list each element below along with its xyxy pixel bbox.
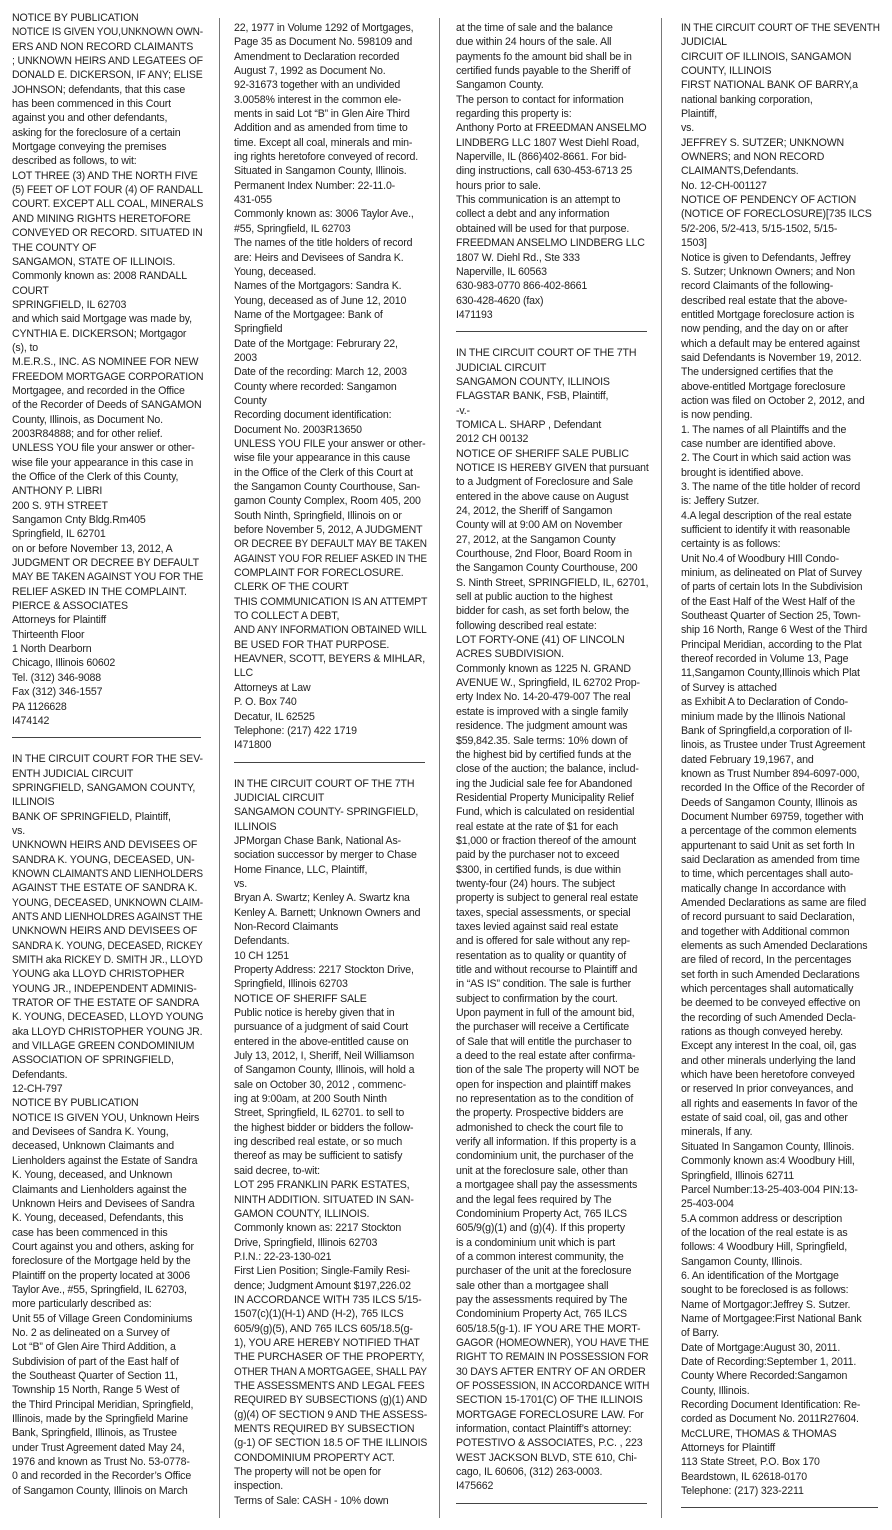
notice-text-line: P. O. Box 740: [234, 695, 427, 709]
notice-text-line: is now pending.: [681, 408, 880, 422]
notice-text-line: LOT THREE (3) AND THE NORTH FIVE: [12, 169, 203, 183]
notice-text-line: twenty-four (24) hours. The subject: [456, 877, 649, 891]
notice-text-line: THE ASSESSMENTS AND LEGAL FEES: [234, 1379, 427, 1393]
notice-text-line: which a default may be entered against: [681, 337, 880, 351]
notice-text-line: Name of Mortgagee:First National Bank: [681, 1312, 880, 1326]
notice-text-line: minium, as delineated on Plat of Survey: [681, 566, 880, 580]
notice-text-line: or reserved In prior conveyances, and: [681, 1082, 880, 1096]
notice-text-line: all rights and easements In favor of the: [681, 1097, 880, 1111]
notice-text-line: Bryan A. Swartz; Kenley A. Swartz kna: [234, 891, 427, 905]
notice-text-line: Decatur, IL 62525: [234, 710, 427, 724]
notice-text-line: Beardstown, IL 62618-0170: [681, 1470, 880, 1484]
notice-text-line: under Trust Agreement dated May 24,: [12, 1441, 203, 1455]
notice-text-line: certainty is as follows:: [681, 537, 880, 551]
notice-text-line: are filed of record, In the percentages: [681, 953, 880, 967]
notice-text-line: ILLINOIS: [234, 820, 427, 834]
notice-text-line: elements as such Amended Declarations: [681, 939, 880, 953]
notice-text-line: the recording of such Amended Decla-: [681, 1011, 880, 1025]
notice-text-line: Addition and as amended from time to: [234, 121, 427, 135]
notice-text-line: Permanent Index Number: 22-11.0-: [234, 179, 427, 193]
notice-text-line: MAY BE TAKEN AGAINST YOU FOR THE: [12, 570, 199, 584]
notice-text-line: of Sangamon County, Illinois on March: [12, 1484, 203, 1498]
notice-text-line: 12-CH-797: [12, 1082, 203, 1096]
notice-text-line: Kenley A. Barnett; Unknown Owners and: [234, 906, 427, 920]
notice-text-line: Drive, Springfield, Illinois 62703: [234, 1236, 427, 1250]
notice-text-line: Home Finance, LLC, Plaintiff,: [234, 863, 427, 877]
notice-text-line: M.E.R.S., INC. AS NOMINEE FOR NEW: [12, 355, 203, 369]
notice-text-line: Commonly known as: 2008 RANDALL: [12, 269, 203, 283]
notice-text-line: COUNTY, ILLINOIS: [681, 64, 880, 78]
notice-text-line: Tel. (312) 346-9088: [12, 671, 203, 685]
notice-text-line: ERS AND NON RECORD CLAIMANTS: [12, 40, 203, 54]
notice-text-line: RELIEF ASKED IN THE COMPLAINT.: [12, 585, 203, 599]
notice-text-line: SPRINGFIELD, IL 62703: [12, 298, 203, 312]
notice-text-line: no representation as to the condition of: [456, 1092, 649, 1106]
notice-text-line: wise file your appearance in this cause: [234, 451, 427, 465]
notice-text-line: 30 DAYS AFTER ENTRY OF AN ORDER: [456, 1365, 649, 1379]
notice-text-line: time. Except all coal, minerals and min-: [234, 136, 427, 150]
notice-text-line: Document Number 69759, together with: [681, 810, 880, 824]
notice-text-line: FLAGSTAR BANK, FSB, Plaintiff,: [456, 389, 649, 403]
notice-text-line: YOUNG, DECEASED, UNKNOWN CLAIM-: [12, 896, 195, 910]
notice-text-line: County, Illinois.: [681, 1384, 880, 1398]
notice-text-line: set forth in such Amended Declarations: [681, 968, 880, 982]
notice-text-line: FREEDMAN ANSELMO LINDBERG LLC: [456, 236, 649, 250]
notice-text-line: Residential Property Municipality Relief: [456, 791, 649, 805]
notice-text-line: the Southeast Quarter of Section 11,: [12, 1369, 203, 1383]
notice-text-line: of parts of certain lots In the Subdivis…: [681, 580, 880, 594]
notice-text-line: ing described real estate, or so much: [234, 1135, 427, 1149]
notice-text-line: vs.: [12, 824, 203, 838]
notice-text-line: pay the assessments required by The: [456, 1293, 649, 1307]
notice-text-line: South Ninth, Springfield, Illinois on or: [234, 509, 427, 523]
notice-text-line: has been commenced in this Court: [12, 97, 203, 111]
notice-text-line: No. 12-CH-001127: [681, 179, 880, 193]
notice-text-line: THE PURCHASER OF THE PROPERTY,: [234, 1350, 427, 1364]
notice-text-line: Taylor Ave., #55, Springfield, IL 62703,: [12, 1283, 203, 1297]
notice-text-line: S. Ninth Street, SPRINGFIELD, IL, 62701,: [456, 576, 649, 590]
notice-text-line: 10 CH 1251: [234, 949, 427, 963]
notice-text-line: Telephone: (217) 422 1719: [234, 724, 427, 738]
notice-text-line: matically change In accordance with: [681, 882, 880, 896]
notice-separator-rule: [234, 762, 425, 763]
notice-text-line: resentation as to quality or quantity of: [456, 949, 649, 963]
notice-text-line: I475662: [456, 1479, 649, 1493]
notice-text-line: the Office of the Clerk of this County,: [12, 470, 203, 484]
notice-text-line: Naperville, IL (866)402-8661. For bid-: [456, 150, 649, 164]
notice-text-line: to a Judgment of Foreclosure and Sale: [456, 475, 649, 489]
notice-text-line: (g-1) OF SECTION 18.5 OF THE ILLINOIS: [234, 1436, 424, 1450]
notice-text-line: action was filed on October 2, 2012, and: [681, 394, 880, 408]
notice-text-line: Illinois, made by the Springfield Marine: [12, 1412, 203, 1426]
notice-text-line: entitled Mortgage foreclosure action is: [681, 308, 880, 322]
notice-text-line: and together with Additional common: [681, 925, 880, 939]
notice-text-line: thereof recorded in Volume 13, Page: [681, 652, 880, 666]
notice-text-line: OTHER THAN A MORTGAGEE, SHALL PAY: [234, 1365, 415, 1379]
notice-text-line: and VILLAGE GREEN CONDOMINIUM: [12, 1039, 203, 1053]
notice-text-line: NOTICE OF SHERIFF SALE PUBLIC: [456, 447, 649, 461]
notice-text-line: AND MINING RIGHTS HERETOFORE: [12, 212, 203, 226]
notice-text-line: taxes, special assessments, or special: [456, 906, 649, 920]
notice-text-line: TOMICA L. SHARP , Defendant: [456, 418, 649, 432]
notice-text-line: SANGAMON COUNTY- SPRINGFIELD,: [234, 805, 427, 819]
notice-text-line: 1507(c)(1)(H-1) AND (H-2), 765 ILCS: [234, 1307, 427, 1321]
notice-text-line: open for inspection and plaintiff makes: [456, 1078, 649, 1092]
notice-text-line: 1807 W. Diehl Rd., Ste 333: [456, 251, 649, 265]
notice-text-line: described real estate that the above-: [681, 294, 880, 308]
notice-text-line: sought to be foreclosed is as follows:: [681, 1283, 880, 1297]
notice-text-line: POTESTIVO & ASSOCIATES, P.C. , 223: [456, 1436, 649, 1450]
notice-text-line: BANK OF SPRINGFIELD, Plaintiff,: [12, 810, 203, 824]
notice-text-line: of the East Half of the West Half of the: [681, 595, 880, 609]
notice-text-line: NOTICE OF SHERIFF SALE: [234, 992, 427, 1006]
notice-text-line: payments fo the amount bid shall be in: [456, 50, 649, 64]
notice-text-line: known as Trust Number 894-6097-000,: [681, 767, 880, 781]
notice-text-line: pursuance of a judgment of said Court: [234, 1020, 427, 1034]
notice-text-line: subject to confirmation by the court.: [456, 992, 649, 1006]
notice-text-line: Unit 55 of Village Green Condominiums: [12, 1312, 203, 1326]
notice-text-line: in the Office of the Clerk of this Court…: [234, 466, 427, 480]
notice-text-line: $1,000 or fraction thereof of the amount: [456, 834, 649, 848]
notice-text-line: minerals, If any.: [681, 1125, 880, 1139]
notice-text-line: County Where Recorded:Sangamon: [681, 1369, 880, 1383]
notice-text-line: the highest bid by certified funds at th…: [456, 748, 649, 762]
notice-text-line: COURT. EXCEPT ALL COAL, MINERALS: [12, 197, 202, 211]
notice-text-line: 5/2-206, 5/2-413, 5/15-1502, 5/15-: [681, 222, 880, 236]
notice-text-line: Unit No.4 of Woodbury HIll Condo-: [681, 552, 880, 566]
notice-text-line: Telephone: (217) 323-2211: [681, 1484, 880, 1498]
notice-text-line: Terms of Sale: CASH - 10% down: [234, 1494, 427, 1508]
notice-text-line: 605/9(g)(1) and (g)(4). If this property: [456, 1221, 649, 1235]
notice-text-line: The person to contact for information: [456, 93, 649, 107]
notice-text-line: Notice is given to Defendants, Jeffrey: [681, 251, 880, 265]
notice-text-line: sale on October 30, 2012 , commenc-: [234, 1078, 427, 1092]
notice-text-line: entered in the above cause on August: [456, 490, 649, 504]
notice-text-line: national banking corporation,: [681, 93, 880, 107]
notice-text-line: admonished to check the court file to: [456, 1121, 649, 1135]
notice-text-line: Defendants.: [234, 934, 427, 948]
notice-text-line: 113 State Street, P.O. Box 170: [681, 1455, 880, 1469]
notice-text-line: Lot “B” of Glen Aire Third Addition, a: [12, 1340, 203, 1354]
notice-text-line: JPMorgan Chase Bank, National As-: [234, 834, 427, 848]
notice-text-line: P.I.N.: 22-23-130-021: [234, 1250, 427, 1264]
notice-text-line: Township 15 North, Range 5 West of: [12, 1383, 203, 1397]
notice-text-line: K. Young, deceased, Defendants, this: [12, 1211, 203, 1225]
notice-text-line: S. Sutzer; Unknown Owners; and Non: [681, 265, 880, 279]
notice-text-line: collect a debt and any information: [456, 207, 649, 221]
notice-text-line: Young, deceased.: [234, 265, 427, 279]
notice-text-line: 2003R84888; and for other relief.: [12, 427, 203, 441]
notice-text-line: Street, Springfield, IL 62701. to sell t…: [234, 1106, 427, 1120]
notice-text-line: PIERCE & ASSOCIATES: [12, 599, 203, 613]
notice-text-line: of the location of the real estate is as: [681, 1226, 880, 1240]
notice-text-line: 4.A legal description of the real estate: [681, 509, 880, 523]
notice-text-line: CYNTHIA E. DICKERSON; Mortgagor: [12, 327, 203, 341]
notice-text-line: Date of Recording:September 1, 2011.: [681, 1355, 880, 1369]
notice-text-line: Commonly known as: 3006 Taylor Ave.,: [234, 207, 427, 221]
notice-text-line: information, contact Plaintiff’s attorne…: [456, 1422, 649, 1436]
notice-text-line: verify all information. If this property…: [456, 1135, 649, 1149]
notice-text-line: IN THE CIRCUIT COURT OF THE 7TH: [234, 777, 427, 791]
notice-text-line: Sangamon County, Illinois.: [681, 1255, 880, 1269]
notice-text-line: First Lien Position; Single-Family Resi-: [234, 1264, 427, 1278]
legal-notices-page: NOTICE BY PUBLICATIONNOTICE IS GIVEN YOU…: [0, 0, 892, 1530]
notice-text-line: dence; Judgment Amount $197,226.02: [234, 1279, 427, 1293]
notice-text-line: OR DECREE BY DEFAULT MAY BE TAKEN: [234, 537, 417, 551]
notice-text-line: McCLURE, THOMAS & THOMAS: [681, 1427, 880, 1441]
notice-text-line: sell at public auction to the highest: [456, 590, 649, 604]
notice-text-line: BE USED FOR THAT PURPOSE.: [234, 638, 427, 652]
notice-text-line: Springfield, Illinois 62703: [234, 977, 427, 991]
notice-text-line: July 13, 2012, I, Sheriff, Neil Williams…: [234, 1049, 427, 1063]
notice-text-line: 92-31673 together with an undivided: [234, 78, 427, 92]
notice-text-line: deceased, Unknown Claimants and: [12, 1139, 203, 1153]
notice-separator-rule: [456, 1503, 647, 1504]
notice-text-line: Deeds of Sangamon County, Illinois as: [681, 796, 880, 810]
notice-text-line: Plaintiff,: [681, 107, 880, 121]
notice-text-line: of a common interest community, the: [456, 1250, 649, 1264]
notice-text-line: County where recorded: Sangamon: [234, 380, 427, 394]
notice-text-line: Document No. 2003R13650: [234, 423, 427, 437]
notice-text-line: 605/18.5(g-1). IF YOU ARE THE MORT-: [456, 1322, 649, 1336]
notice-text-line: foreclosure of the Mortgage held by the: [12, 1254, 203, 1268]
notice-text-line: WEST JACKSON BLVD, STE 610, Chi-: [456, 1451, 649, 1465]
notice-text-line: real estate at the rate of $1 for each: [456, 820, 649, 834]
notice-text-line: GAMON COUNTY, ILLINOIS.: [234, 1207, 427, 1221]
notice-text-line: Attorneys for Plaintiff: [12, 613, 203, 627]
notice-text-line: brought is identified above.: [681, 466, 880, 480]
notice-text-line: 6. An identification of the Mortgage: [681, 1269, 880, 1283]
notice-text-line: MENTS REQUIRED BY SUBSECTION: [234, 1422, 427, 1436]
notice-text-line: erty Index No. 14-20-479-007 The real: [456, 690, 649, 704]
notice-text-line: Attorneys at Law: [234, 681, 427, 695]
notice-text-line: dated February 19,1967, and: [681, 753, 880, 767]
notice-text-line: Defendants.: [12, 1068, 203, 1082]
notice-text-line: a mortgagee shall pay the assessments: [456, 1178, 649, 1192]
notice-text-line: of record pursuant to said Declaration,: [681, 910, 880, 924]
notice-text-line: Claimants and Lienholders against the: [12, 1183, 203, 1197]
notice-text-line: record Claimants of the following-: [681, 279, 880, 293]
notice-text-line: Springfield, Illinois 62711: [681, 1169, 880, 1183]
notice-text-line: on or before November 13, 2012, A: [12, 542, 203, 556]
notice-text-line: Recording Document Identification: Re-: [681, 1398, 880, 1412]
notice-text-line: which percentages shall automatically: [681, 982, 880, 996]
notice-text-line: Sangamon Cnty Bldg.Rm405: [12, 513, 203, 527]
notice-text-line: Fund, which is calculated on residential: [456, 805, 649, 819]
notice-text-line: K. Young, deceased, and Unknown: [12, 1168, 203, 1182]
notice-text-line: 3. The name of the title holder of recor…: [681, 480, 880, 494]
notice-text-line: SANDRA K. YOUNG, DECEASED, UN-: [12, 853, 203, 867]
notice-text-line: ments in said Lot “B” in Glen Aire Third: [234, 107, 427, 121]
notice-text-line: Fax (312) 346-1557: [12, 685, 203, 699]
notice-text-line: Thirteenth Floor: [12, 628, 203, 642]
notice-text-line: Date of the recording: March 12, 2003: [234, 365, 427, 379]
notice-text-line: corded as Document No. 2011R27604.: [681, 1412, 880, 1426]
notice-text-line: UNKNOWN HEIRS AND DEVISEES OF: [12, 924, 203, 938]
notice-text-line: Property Address: 2217 Stockton Drive,: [234, 963, 427, 977]
notice-text-line: Bank, Springfield, Illinois, as Trustee: [12, 1426, 203, 1440]
notice-text-line: be deemed to be conveyed effective on: [681, 996, 880, 1010]
notice-text-line: RIGHT TO REMAIN IN POSSESSION FOR: [456, 1350, 641, 1364]
notice-text-line: Names of the Mortgagors: Sandra K.: [234, 279, 427, 293]
notice-text-line: The names of the title holders of record: [234, 236, 427, 250]
notice-text-line: 0 and recorded in the Recorder’s Office: [12, 1469, 203, 1483]
notice-text-line: Young, deceased as of June 12, 2010: [234, 294, 427, 308]
notice-text-line: said Defendants is November 19, 2012.: [681, 351, 880, 365]
notice-text-line: 25-403-004: [681, 1197, 880, 1211]
notice-text-line: to time, which percentages shall auto-: [681, 867, 880, 881]
column-1: NOTICE BY PUBLICATIONNOTICE IS GIVEN YOU…: [0, 0, 219, 1530]
notice-text-line: Date of Mortgage:August 30, 2011.: [681, 1341, 880, 1355]
notice-text-line: recorded In the Office of the Recorder o…: [681, 781, 880, 795]
notice-text-line: described as follows, to wit:: [12, 154, 203, 168]
notice-text-line: #55, Springfield, IL 62703: [234, 222, 427, 236]
notice-text-line: THE COUNTY OF: [12, 241, 203, 255]
notice-text-line: K. YOUNG, DECEASED, LLOYD YOUNG: [12, 1010, 201, 1024]
legal-notice: IN THE CIRCUIT COURT OF THE 7THJUDICIAL …: [234, 777, 427, 1509]
notice-text-line: IN THE CIRCUIT COURT FOR THE SEV-: [12, 752, 202, 766]
notice-separator-rule: [456, 331, 647, 332]
notice-text-line: Courthouse, 2nd Floor, Board Room in: [456, 547, 649, 561]
notice-text-line: 2012 CH 00132: [456, 432, 649, 446]
notice-text-line: Chicago, Illinois 60602: [12, 656, 203, 670]
notice-text-line: August 7, 1992 as Document No.: [234, 64, 427, 78]
notice-text-line: Lienholders against the Estate of Sandra: [12, 1154, 203, 1168]
notice-text-line: JUDICIAL: [681, 35, 880, 49]
notice-text-line: NOTICE BY PUBLICATION: [12, 11, 203, 25]
notice-text-line: The undersigned certifies that the: [681, 365, 880, 379]
notice-text-line: THIS COMMUNICATION IS AN ATTEMPT: [234, 595, 426, 609]
column-3: at the time of sale and the balancedue w…: [439, 18, 661, 1518]
notice-text-line: MORTGAGE FORECLOSURE LAW. For: [456, 1408, 649, 1422]
legal-notice: IN THE CIRCUIT COURT OF THE SEVENTHJUDIC…: [681, 21, 880, 1498]
notice-text-line: KNOWN CLAIMANTS AND LIENHOLDERS: [12, 867, 193, 881]
notice-text-line: as Exhibit A to Declaration of Condo-: [681, 695, 880, 709]
notice-text-line: Naperville, IL 60563: [456, 265, 649, 279]
notice-text-line: ENTH JUDICIAL CIRCUIT: [12, 767, 203, 781]
notice-text-line: Non-Record Claimants: [234, 920, 427, 934]
notice-text-line: ding instructions, call 630-453-6713 25: [456, 164, 649, 178]
notice-text-line: 5.A common address or description: [681, 1212, 880, 1226]
notice-text-line: a percentage of the common elements: [681, 824, 880, 838]
notice-text-line: paid by the purchaser not to exceed: [456, 848, 649, 862]
notice-text-line: vs.: [234, 877, 427, 891]
notice-text-line: estate of said coal, oil, gas and other: [681, 1111, 880, 1125]
notice-text-line: 2. The Court in which said action was: [681, 451, 880, 465]
notice-text-line: County: [234, 394, 427, 408]
notice-text-line: Commonly known as: 2217 Stockton: [234, 1221, 427, 1235]
notice-text-line: due within 24 hours of the sale. All: [456, 35, 649, 49]
notice-text-line: rations as though conveyed hereby.: [681, 1025, 880, 1039]
notice-text-line: CIRCUIT OF ILLINOIS, SANGAMON: [681, 50, 880, 64]
notice-text-line: Recording document identification:: [234, 408, 427, 422]
notice-text-line: 22, 1977 in Volume 1292 of Mortgages,: [234, 21, 427, 35]
notice-text-line: Except any interest In the coal, oil, ga…: [681, 1039, 880, 1053]
notice-text-line: Sangamon County.: [456, 78, 649, 92]
notice-text-line: NOTICE IS GIVEN YOU,UNKNOWN OWN-: [12, 25, 193, 39]
notice-text-line: No. 2 as delineated on a Survey of: [12, 1326, 203, 1340]
notice-text-line: Amendment to Declaration recorded: [234, 50, 427, 64]
notice-text-line: estate is improved with a single family: [456, 705, 649, 719]
notice-text-line: County will at 9:00 AM on November: [456, 518, 649, 532]
notice-text-line: The property will not be open for: [234, 1465, 427, 1479]
notice-text-line: which have been heretofore conveyed: [681, 1068, 880, 1082]
notice-text-line: sociation successor by merger to Chase: [234, 848, 427, 862]
notice-text-line: Mortgagee, and recorded in the Office: [12, 384, 203, 398]
notice-text-line: of Sale that will entitle the purchaser …: [456, 1035, 649, 1049]
notice-text-line: ANTHONY P. LIBRI: [12, 484, 203, 498]
notice-text-line: and Devisees of Sandra K. Young,: [12, 1125, 203, 1139]
notice-text-line: SPRINGFIELD, SANGAMON COUNTY,: [12, 781, 203, 795]
notice-text-line: inspection.: [234, 1479, 427, 1493]
notice-text-line: 1), YOU ARE HEREBY NOTIFIED THAT: [234, 1336, 427, 1350]
notice-text-line: LOT FORTY-ONE (41) OF LINCOLN: [456, 633, 649, 647]
notice-text-line: 3.0058% interest in the common ele-: [234, 93, 427, 107]
notice-text-line: follows: 4 Woodbury Hill, Springfield,: [681, 1240, 880, 1254]
notice-text-line: 200 S. 9TH STREET: [12, 499, 203, 513]
notice-text-line: SANGAMON COUNTY, ILLINOIS: [456, 375, 649, 389]
notice-text-line: against you and other defendants,: [12, 111, 203, 125]
notice-text-line: wise file your appearance in this case i…: [12, 456, 203, 470]
notice-text-line: 24, 2012, the Sheriff of Sangamon: [456, 504, 649, 518]
notice-text-line: now pending, and the day on or after: [681, 322, 880, 336]
notice-text-line: AGAINST THE ESTATE OF SANDRA K.: [12, 881, 203, 895]
notice-text-line: cago, IL 60606, (312) 263-0003.: [456, 1465, 649, 1479]
notice-text-line: AND ANY INFORMATION OBTAINED WILL: [234, 623, 418, 637]
notice-text-line: the Sangamon County Courthouse, San-: [234, 480, 427, 494]
notice-text-line: SMITH aka RICKEY D. SMITH JR., LLOYD: [12, 953, 195, 967]
notice-text-line: more particularly described as:: [12, 1297, 203, 1311]
notice-text-line: I474142: [12, 714, 203, 728]
notice-text-line: sale other than a mortgagee shall: [456, 1279, 649, 1293]
notice-text-line: 1 North Dearborn: [12, 642, 203, 656]
notice-text-line: COMPLAINT FOR FORECLOSURE.: [234, 566, 427, 580]
notice-text-line: Upon payment in full of the amount bid,: [456, 1006, 649, 1020]
notice-text-line: of Sangamon County, Illinois, will hold …: [234, 1063, 427, 1077]
notice-text-line: a deed to the real estate after confirma…: [456, 1049, 649, 1063]
notice-text-line: and which said Mortgage was made by,: [12, 312, 203, 326]
notice-text-line: is a condominium unit which is part: [456, 1236, 649, 1250]
notice-text-line: the purchaser will receive a Certificate: [456, 1020, 649, 1034]
notice-text-line: CONDOMINIUM PROPERTY ACT.: [234, 1451, 427, 1465]
notice-text-line: AGAINST YOU FOR RELIEF ASKED IN THE: [234, 552, 413, 566]
notice-text-line: UNKNOWN HEIRS AND DEVISEES OF: [12, 838, 203, 852]
notice-text-line: ACRES SUBDIVISION.: [456, 647, 649, 661]
notice-text-line: 630-428-4620 (fax): [456, 294, 649, 308]
notice-text-line: (s), to: [12, 341, 203, 355]
notice-text-line: gamon County Complex, Room 405, 200: [234, 494, 427, 508]
notice-text-line: $300, in certified funds, is due within: [456, 863, 649, 877]
notice-text-line: hours prior to sale.: [456, 179, 649, 193]
notice-text-line: in “AS IS” condition. The sale is furthe…: [456, 977, 649, 991]
notice-text-line: CONVEYED OR RECORD. SITUATED IN: [12, 226, 200, 240]
notice-text-line: following described real estate:: [456, 619, 649, 633]
notice-text-line: TO COLLECT A DEBT,: [234, 609, 427, 623]
notice-text-line: CLERK OF THE COURT: [234, 580, 427, 594]
notice-text-line: Commonly known as:4 Woodbury Hill,: [681, 1154, 880, 1168]
notice-text-line: -v.-: [456, 404, 649, 418]
notice-text-line: Date of the Mortgage: Februrary 22,: [234, 337, 427, 351]
notice-text-line: 27, 2012, at the Sangamon County: [456, 533, 649, 547]
notice-text-line: of Barry.: [681, 1326, 880, 1340]
notice-text-line: minium made by the Illinois National: [681, 710, 880, 724]
notice-text-line: DONALD E. DICKERSON, IF ANY; ELISE: [12, 68, 201, 82]
notice-text-line: title and without recourse to Plaintiff …: [456, 963, 649, 977]
notice-text-line: thereof as may be sufficient to satisfy: [234, 1149, 427, 1163]
notice-text-line: JUDICIAL CIRCUIT: [456, 361, 649, 375]
notice-text-line: ing at 9:00am, at 200 South Ninth: [234, 1092, 427, 1106]
notice-text-line: aka LLOYD CHRISTOPHER YOUNG JR.: [12, 1025, 203, 1039]
